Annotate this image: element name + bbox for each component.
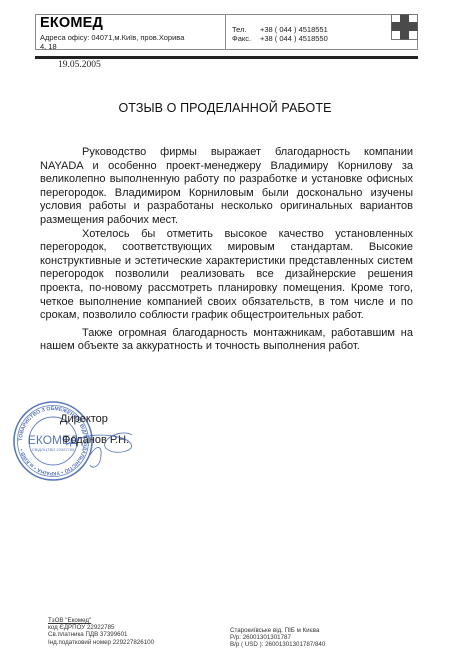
fax-value: +38 ( 044 ) 4518550 [260, 34, 328, 43]
fax-line: Факс.+38 ( 044 ) 4518550 [232, 34, 328, 43]
footer-bank-details: Старокиївське від. ПІБ м Києва Р/р: 2600… [230, 627, 325, 649]
letterhead-divider [225, 14, 226, 50]
body-paragraph: Хотелось бы отметить высокое качество ус… [40, 228, 413, 323]
phone-value: +38 ( 044 ) 4518551 [260, 25, 328, 34]
footer-account: Р/р: 26001301301787 [230, 634, 325, 641]
footer-company-details: ТзОВ "Екомед" код ЄДРПОУ 22922785 Св.пла… [48, 617, 154, 646]
footer-usd-account: В/р ( USD ): 26001301301787/840 [230, 641, 325, 648]
fax-label: Факс. [232, 34, 260, 43]
handwritten-signature-icon [60, 415, 140, 470]
footer-bank-name: Старокиївське від. ПІБ м Києва [230, 627, 325, 634]
footer-vat-certificate: Св.платника ПДВ 37399601 [48, 631, 154, 638]
footer-tax-number: Інд.податковий номер 229227826100 [48, 639, 154, 646]
cross-logo-icon [391, 14, 418, 40]
company-name: ЕКОМЕД [40, 15, 103, 31]
footer-company-name: ТзОВ "Екомед" [48, 617, 154, 624]
body-paragraph: Также огромная благодарность монтажникам… [40, 327, 413, 354]
office-address: Адреса офісу: 04071,м.Київ, пров.Хорива [40, 33, 184, 42]
footer-edrpou: код ЄДРПОУ 22922785 [48, 624, 154, 631]
document-title: ОТЗЫВ О ПРОДЕЛАННОЙ РАБОТЕ [0, 101, 450, 115]
letter-date: 19.05.2005 [58, 60, 101, 70]
phone-line: Тел.+38 ( 044 ) 4518551 [232, 25, 328, 34]
body-paragraph: Руководство фирмы выражает благодарность… [40, 146, 413, 228]
phone-label: Тел. [232, 25, 260, 34]
letter-body: Руководство фирмы выражает благодарность… [40, 146, 413, 354]
header-rule [35, 56, 418, 59]
office-address-line2: 4, 18 [40, 42, 57, 51]
